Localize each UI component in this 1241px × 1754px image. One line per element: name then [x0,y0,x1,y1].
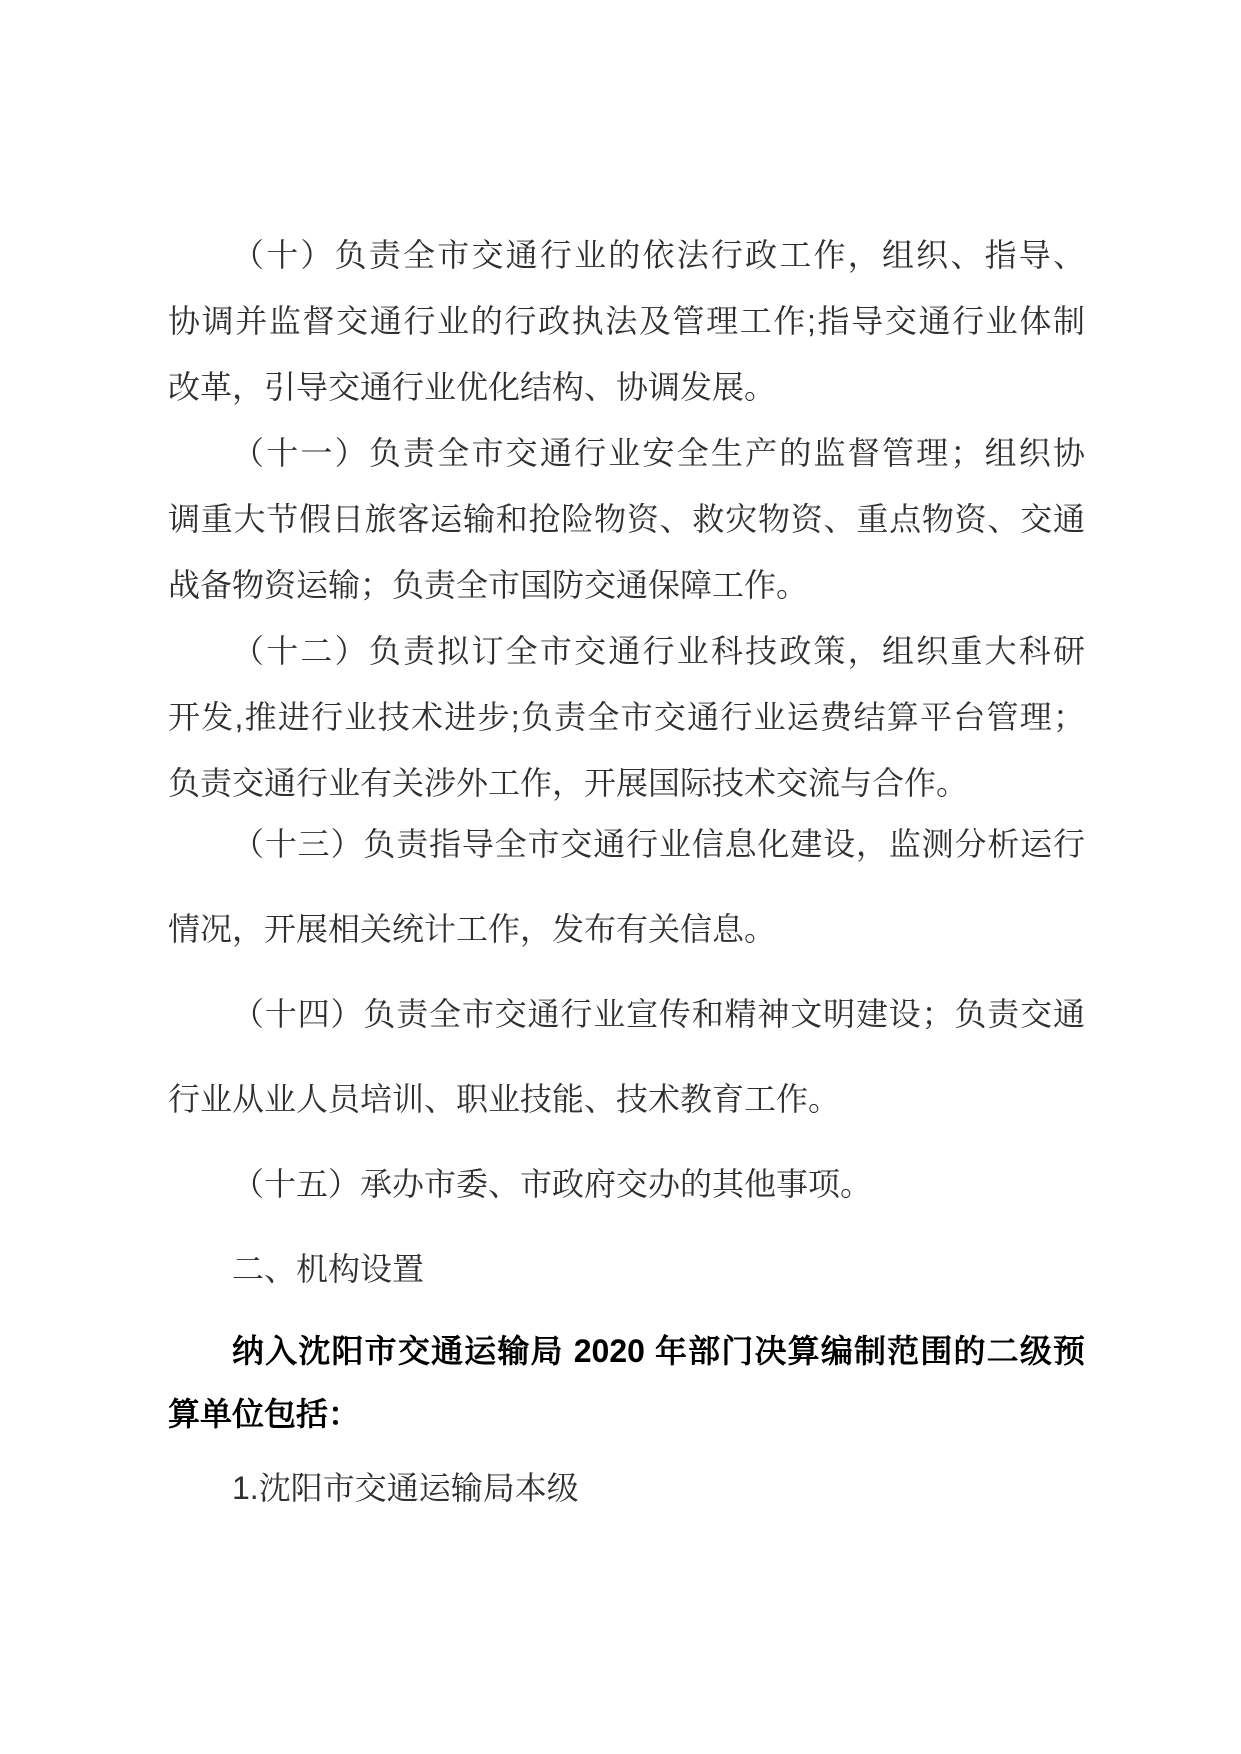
text-line: 行业从业人员培训、职业技能、技术教育工作。 [168,1057,1085,1142]
document-body: （十）负责全市交通行业的依法行政工作，组织、指导、 协调并监督交通行业的行政执法… [168,222,1085,1520]
text-line: （十一）负责全市交通行业安全生产的监督管理；组织协 [168,420,1085,486]
text-line: 调重大节假日旅客运输和抢险物资、救灾物资、重点物资、交通 [168,486,1085,552]
paragraph-duty-item-13: （十三）负责指导全市交通行业信息化建设，监测分析运行 情况，开展相关统计工作，发… [168,802,1085,972]
paragraph-duty-item-12: （十二）负责拟订全市交通行业科技政策，组织重大科研 开发,推进行业技术进步;负责… [168,618,1085,816]
text-line: 协调并监督交通行业的行政执法及管理工作;指导交通行业体制 [168,288,1085,354]
text-line: 情况，开展相关统计工作，发布有关信息。 [168,887,1085,972]
text-line: 开发,推进行业技术进步;负责全市交通行业运费结算平台管理； [168,684,1085,750]
text-line: （十二）负责拟订全市交通行业科技政策，组织重大科研 [168,618,1085,684]
text-line: 算单位包括： [168,1383,1085,1446]
paragraph-duty-item-10: （十）负责全市交通行业的依法行政工作，组织、指导、 协调并监督交通行业的行政执法… [168,222,1085,420]
text-line: 战备物资运输；负责全市国防交通保障工作。 [168,552,1085,618]
text-line: 1.沈阳市交通运输局本级 [168,1457,1085,1520]
text-line: 纳入沈阳市交通运输局 2020 年部门决算编制范围的二级预 [168,1320,1085,1383]
section-heading-text: 二、机构设置 [168,1227,1085,1312]
text-line: （十三）负责指导全市交通行业信息化建设，监测分析运行 [168,802,1085,887]
paragraph-duty-item-14: （十四）负责全市交通行业宣传和精神文明建设；负责交通 行业从业人员培训、职业技能… [168,972,1085,1142]
paragraph-duty-item-11: （十一）负责全市交通行业安全生产的监督管理；组织协 调重大节假日旅客运输和抢险物… [168,420,1085,618]
text-line: （十四）负责全市交通行业宣传和精神文明建设；负责交通 [168,972,1085,1057]
paragraph-budget-units-intro: 纳入沈阳市交通运输局 2020 年部门决算编制范围的二级预 算单位包括： [168,1320,1085,1446]
paragraph-budget-unit-1: 1.沈阳市交通运输局本级 [168,1457,1085,1520]
document-page: （十）负责全市交通行业的依法行政工作，组织、指导、 协调并监督交通行业的行政执法… [0,0,1241,1754]
text-line: （十五）承办市委、市政府交办的其他事项。 [168,1142,1085,1227]
text-line: （十）负责全市交通行业的依法行政工作，组织、指导、 [168,222,1085,288]
paragraph-duty-item-15: （十五）承办市委、市政府交办的其他事项。 [168,1142,1085,1227]
text-line: 改革，引导交通行业优化结构、协调发展。 [168,354,1085,420]
section-heading: 二、机构设置 [168,1227,1085,1312]
